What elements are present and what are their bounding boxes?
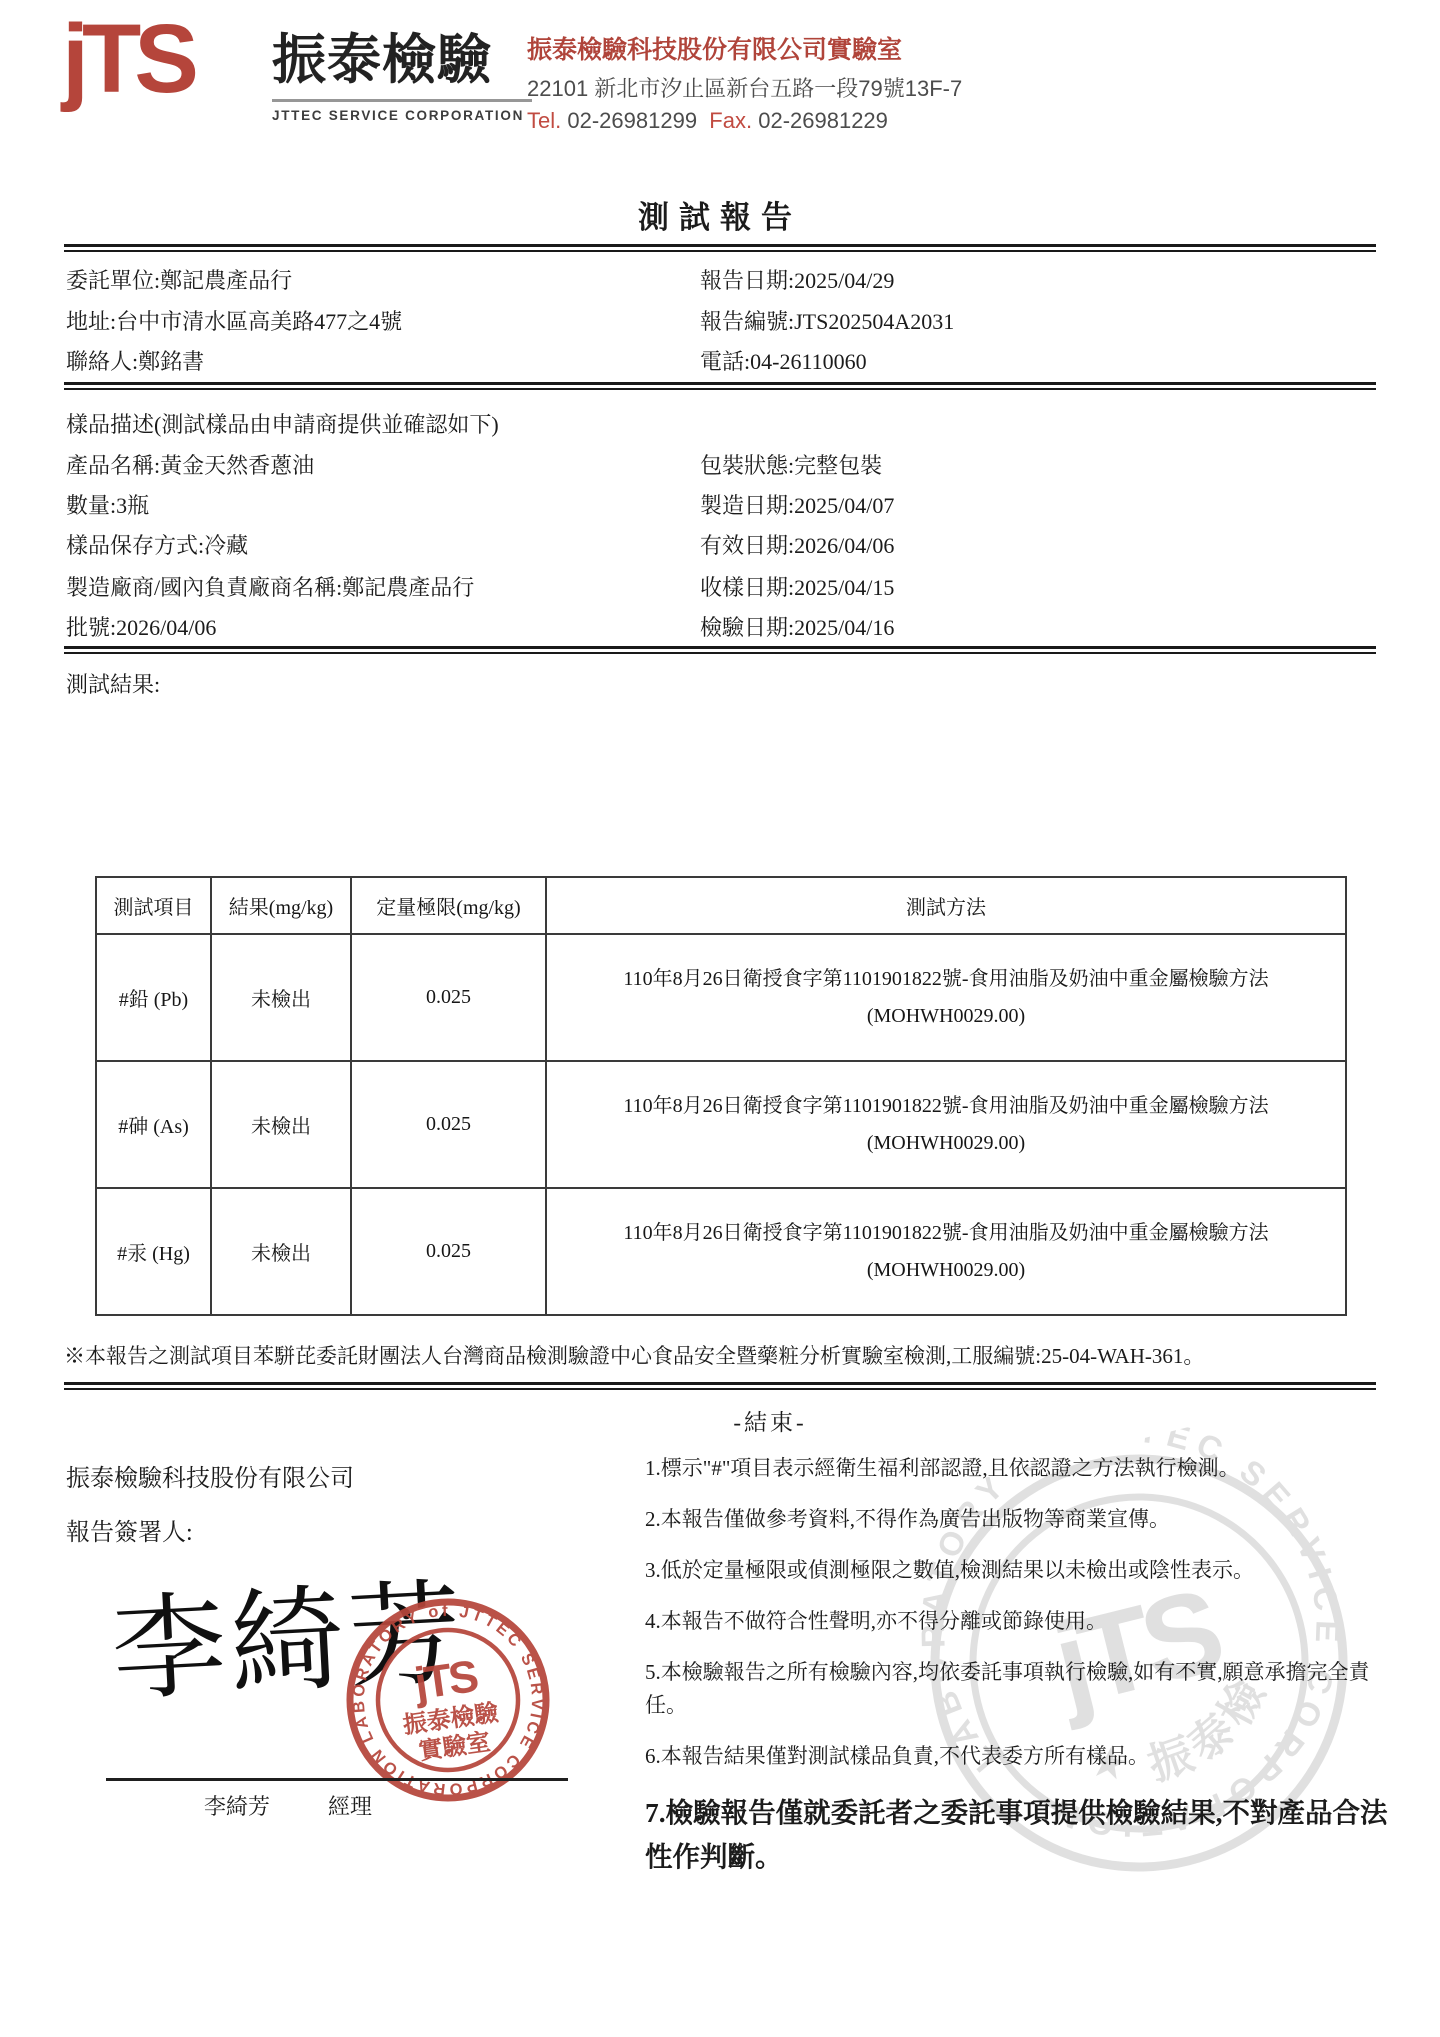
- field-value: 2025/04/16: [794, 615, 894, 640]
- note-3: 3.低於定量極限或偵測極限之數值,檢測結果以未檢出或陰性表示。: [645, 1554, 1397, 1587]
- cell-item: #鉛 (Pb): [96, 934, 211, 1061]
- package-state-row: 包裝狀態:完整包裝: [700, 449, 882, 480]
- signer-name: 李綺芳: [204, 1794, 270, 1819]
- field-value: 完整包裝: [794, 453, 882, 478]
- field-value: 2025/04/15: [794, 575, 894, 600]
- jts-logo: jTS: [62, 10, 192, 107]
- cell-item: #砷 (As): [96, 1061, 211, 1188]
- field-label: 聯絡人:: [66, 349, 138, 374]
- batch-no-row: 批號:2026/04/06: [66, 611, 216, 642]
- report-page: jTS 振泰檢驗 JTTEC SERVICE CORPORATION 振泰檢驗科…: [0, 0, 1440, 2037]
- field-label: 製造廠商/國內負責廠商名稱:: [66, 575, 342, 600]
- divider: [64, 244, 1376, 252]
- received-date-row: 收樣日期:2025/04/15: [700, 571, 894, 602]
- field-label: 樣品保存方式:: [66, 533, 204, 558]
- lab-contact-block: 振泰檢驗科技股份有限公司實驗室 22101 新北市汐止區新台五路一段79號13F…: [527, 30, 962, 134]
- field-label: 製造日期:: [700, 493, 794, 518]
- subcontract-footnote: ※本報告之測試項目苯駢芘委託財團法人台灣商品檢測驗證中心食品安全暨藥粧分析實驗室…: [64, 1340, 1204, 1370]
- test-date-row: 檢驗日期:2025/04/16: [700, 611, 894, 642]
- client-contact-row: 聯絡人:鄭銘書: [66, 345, 204, 376]
- note-1: 1.標示"#"項目表示經衛生福利部認證,且依認證之方法執行檢測。: [645, 1452, 1397, 1485]
- results-table: 測試項目 結果(mg/kg) 定量極限(mg/kg) 測試方法 #鉛 (Pb) …: [95, 876, 1347, 1316]
- client-unit-row: 委託單位:鄭記農產品行: [66, 264, 292, 295]
- signer-name-title: 李綺芳經理: [204, 1790, 372, 1821]
- field-label: 產品名稱:: [66, 453, 160, 478]
- tel-number: 02-26981299: [567, 108, 697, 133]
- field-label: 批號:: [66, 615, 116, 640]
- field-value: 鄭記農產品行: [342, 575, 474, 600]
- mfg-date-row: 製造日期:2025/04/07: [700, 489, 894, 520]
- client-phone-row: 電話:04-26110060: [700, 345, 867, 376]
- table-row: #砷 (As) 未檢出 0.025 110年8月26日衛授食字第11019018…: [96, 1061, 1346, 1188]
- quantity-row: 數量:3瓶: [66, 489, 149, 520]
- results-heading: 測試結果:: [66, 668, 160, 699]
- field-label: 收樣日期:: [700, 575, 794, 600]
- fax-label: Fax.: [709, 108, 752, 133]
- field-value: 04-26110060: [750, 349, 867, 374]
- page-title: 測試報告: [0, 192, 1440, 237]
- cell-result: 未檢出: [211, 1061, 351, 1188]
- cell-loq: 0.025: [351, 1188, 546, 1315]
- lab-address: 22101 新北市汐止區新台五路一段79號13F-7: [527, 72, 962, 103]
- field-value: 2025/04/29: [794, 268, 894, 293]
- signer-title: 經理: [328, 1794, 372, 1819]
- report-date-row: 報告日期:2025/04/29: [700, 264, 894, 295]
- report-notes: 1.標示"#"項目表示經衛生福利部認證,且依認證之方法執行檢測。 2.本報告僅做…: [645, 1452, 1397, 1897]
- fax-number: 02-26981229: [758, 108, 888, 133]
- seal-jts-text: jTS: [410, 1650, 480, 1709]
- note-7: 7.檢驗報告僅就委託者之委託事項提供檢驗結果,不對產品合法性作判斷。: [645, 1791, 1397, 1879]
- cell-loq: 0.025: [351, 934, 546, 1061]
- cell-loq: 0.025: [351, 1061, 546, 1188]
- field-label: 電話:: [700, 349, 750, 374]
- field-value: 2026/04/06: [116, 615, 216, 640]
- col-header-item: 測試項目: [96, 877, 211, 934]
- field-value: 冷藏: [204, 533, 248, 558]
- divider: [64, 1382, 1376, 1390]
- cell-method: 110年8月26日衛授食字第1101901822號-食用油脂及奶油中重金屬檢驗方…: [546, 934, 1346, 1061]
- field-label: 包裝狀態:: [700, 453, 794, 478]
- field-value: 2026/04/06: [794, 533, 894, 558]
- tel-label: Tel.: [527, 108, 561, 133]
- cell-result: 未檢出: [211, 934, 351, 1061]
- col-header-loq: 定量極限(mg/kg): [351, 877, 546, 934]
- field-value: 鄭銘書: [138, 349, 204, 374]
- note-6: 6.本報告結果僅對測試樣品負責,不代表委方所有樣品。: [645, 1740, 1397, 1773]
- field-value: 鄭記農產品行: [160, 268, 292, 293]
- field-value: 黃金天然香蔥油: [160, 453, 314, 478]
- note-2: 2.本報告僅做參考資料,不得作為廣告出版物等商業宣傳。: [645, 1503, 1397, 1536]
- col-header-method: 測試方法: [546, 877, 1346, 934]
- field-label: 檢驗日期:: [700, 615, 794, 640]
- field-label: 有效日期:: [700, 533, 794, 558]
- note-4: 4.本報告不做符合性聲明,亦不得分離或節錄使用。: [645, 1605, 1397, 1638]
- col-header-result: 結果(mg/kg): [211, 877, 351, 934]
- signature-line: [106, 1778, 568, 1781]
- field-value: 台中市清水區高美路477之4號: [116, 309, 402, 334]
- field-label: 地址:: [66, 309, 116, 334]
- signer-label: 報告簽署人:: [66, 1512, 193, 1547]
- sample-heading: 樣品描述(測試樣品由申請商提供並確認如下): [66, 408, 499, 439]
- manufacturer-row: 製造廠商/國內負責廠商名稱:鄭記農產品行: [66, 571, 474, 602]
- note-5: 5.本檢驗報告之所有檢驗內容,均依委託事項執行檢驗,如有不實,願意承擔完全責任。: [645, 1656, 1397, 1722]
- lab-phone-line: Tel. 02-26981299 Fax. 02-26981229: [527, 108, 962, 134]
- cell-item: #汞 (Hg): [96, 1188, 211, 1315]
- field-label: 數量:: [66, 493, 116, 518]
- report-no-row: 報告編號:JTS202504A2031: [700, 305, 954, 336]
- cell-result: 未檢出: [211, 1188, 351, 1315]
- divider: [64, 382, 1376, 390]
- lab-name: 振泰檢驗科技股份有限公司實驗室: [527, 30, 962, 66]
- field-label: 報告編號:: [700, 309, 794, 334]
- field-value: JTS202504A2031: [794, 309, 954, 334]
- brand-block: 振泰檢驗 JTTEC SERVICE CORPORATION: [272, 24, 532, 123]
- expiry-date-row: 有效日期:2026/04/06: [700, 529, 894, 560]
- table-row: #鉛 (Pb) 未檢出 0.025 110年8月26日衛授食字第11019018…: [96, 934, 1346, 1061]
- cell-method: 110年8月26日衛授食字第1101901822號-食用油脂及奶油中重金屬檢驗方…: [546, 1061, 1346, 1188]
- client-address-row: 地址:台中市清水區高美路477之4號: [66, 305, 402, 336]
- table-row: #汞 (Hg) 未檢出 0.025 110年8月26日衛授食字第11019018…: [96, 1188, 1346, 1315]
- brand-name-cn: 振泰檢驗: [272, 24, 532, 102]
- table-header-row: 測試項目 結果(mg/kg) 定量極限(mg/kg) 測試方法: [96, 877, 1346, 934]
- field-value: 3瓶: [116, 493, 149, 518]
- cell-method: 110年8月26日衛授食字第1101901822號-食用油脂及奶油中重金屬檢驗方…: [546, 1188, 1346, 1315]
- brand-name-en: JTTEC SERVICE CORPORATION: [272, 108, 532, 123]
- field-label: 報告日期:: [700, 268, 794, 293]
- product-name-row: 產品名稱:黃金天然香蔥油: [66, 449, 314, 480]
- storage-row: 樣品保存方式:冷藏: [66, 529, 248, 560]
- field-label: 委託單位:: [66, 268, 160, 293]
- signatory-company: 振泰檢驗科技股份有限公司: [66, 1458, 354, 1493]
- field-value: 2025/04/07: [794, 493, 894, 518]
- lab-stamp-seal: LABORATORY of JTTEC SERVICE CORPORATION …: [328, 1580, 567, 1819]
- divider: [64, 646, 1376, 654]
